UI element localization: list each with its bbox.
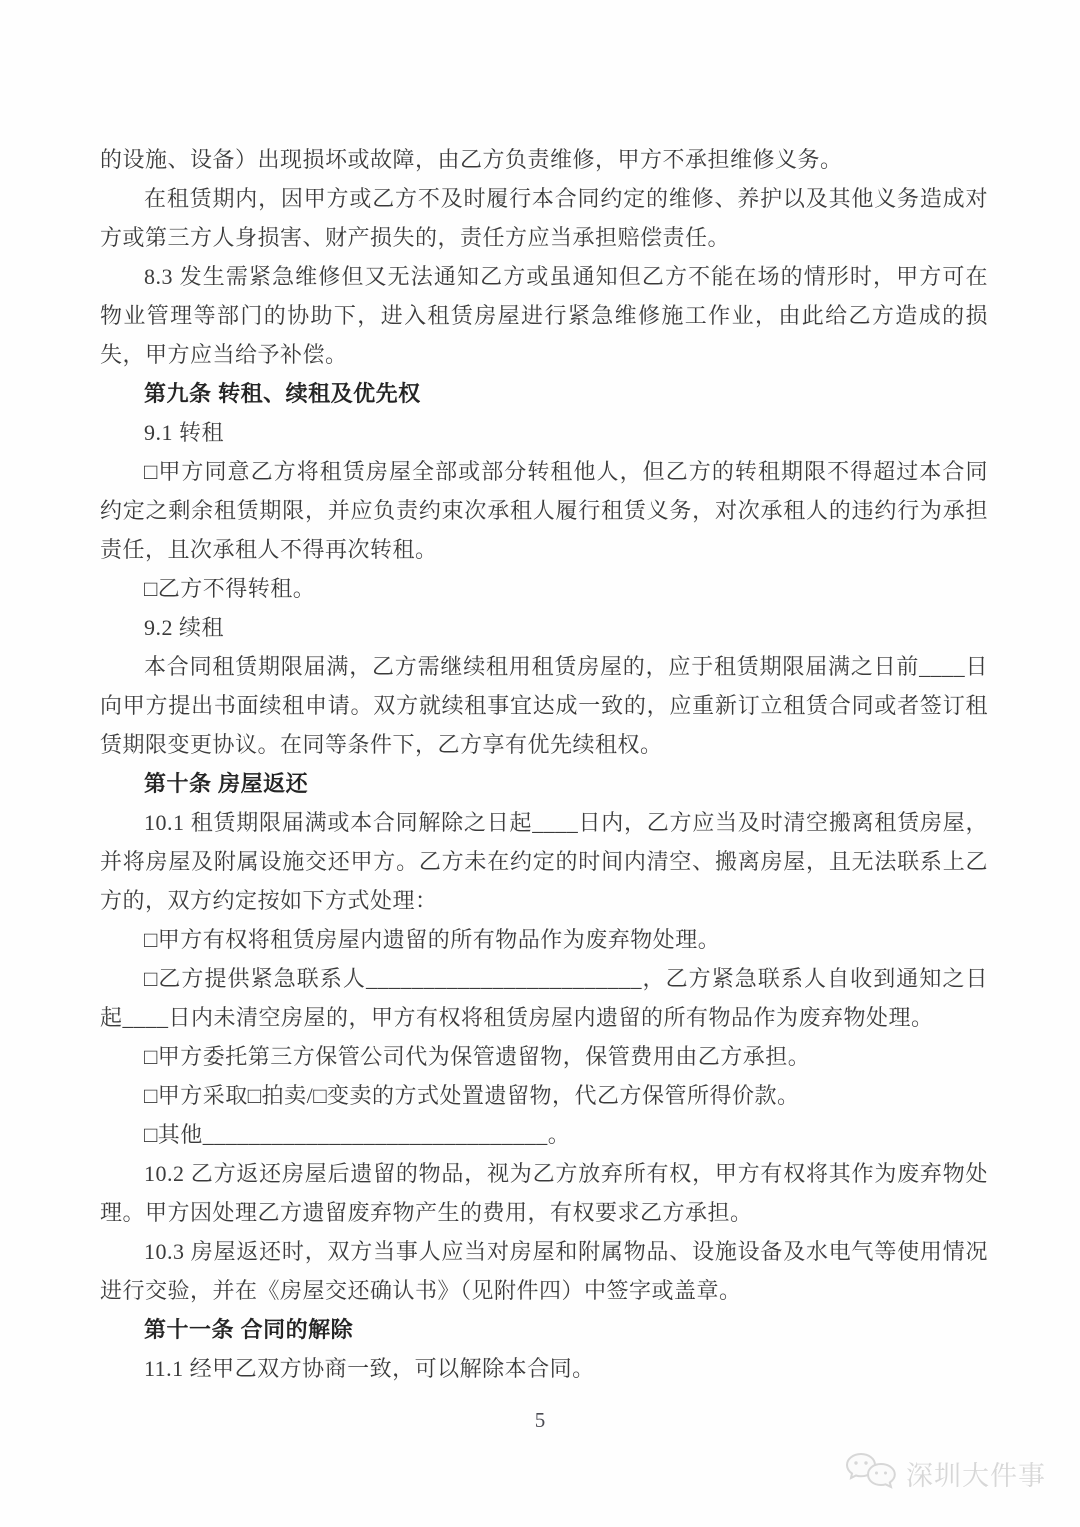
paragraph: □甲方委托第三方保管公司代为保管遗留物，保管费用由乙方承担。	[100, 1037, 988, 1076]
paragraph: □甲方采取□拍卖/□变卖的方式处置遗留物，代乙方保管所得价款。	[100, 1076, 988, 1115]
section-heading: 第十一条 合同的解除	[100, 1310, 988, 1349]
contract-page: 的设施、设备）出现损坏或故障，由乙方负责维修，甲方不承担维修义务。在租赁期内，因…	[0, 0, 1080, 1527]
paragraph: 本合同租赁期限届满，乙方需继续租用租赁房屋的，应于租赁期限届满之日前____日向…	[100, 647, 988, 764]
wechat-bubbles-icon	[845, 1452, 897, 1494]
section-heading: 第九条 转租、续租及优先权	[100, 374, 988, 413]
watermark-label: 深圳大件事	[906, 1454, 1046, 1493]
paragraph: 在租赁期内，因甲方或乙方不及时履行本合同约定的维修、养护以及其他义务造成对方或第…	[100, 179, 988, 257]
paragraph: 的设施、设备）出现损坏或故障，由乙方负责维修，甲方不承担维修义务。	[100, 140, 988, 179]
paragraph: 10.3 房屋返还时，双方当事人应当对房屋和附属物品、设施设备及水电气等使用情况…	[100, 1232, 988, 1310]
section-heading: 第十条 房屋返还	[100, 764, 988, 803]
page-number: 5	[0, 1408, 1080, 1433]
paragraph: 10.2 乙方返还房屋后遗留的物品，视为乙方放弃所有权，甲方有权将其作为废弃物处…	[100, 1154, 988, 1232]
paragraph: 8.3 发生需紧急维修但又无法通知乙方或虽通知但乙方不能在场的情形时，甲方可在物…	[100, 257, 988, 374]
paragraph: □其他______________________________。	[100, 1115, 988, 1154]
paragraph: □甲方同意乙方将租赁房屋全部或部分转租他人，但乙方的转租期限不得超过本合同约定之…	[100, 452, 988, 569]
paragraph: 10.1 租赁期限届满或本合同解除之日起____日内，乙方应当及时清空搬离租赁房…	[100, 803, 988, 920]
paragraph: □乙方提供紧急联系人________________________，乙方紧急联…	[100, 959, 988, 1037]
paragraph: 11.1 经甲乙双方协商一致，可以解除本合同。	[100, 1349, 988, 1388]
watermark: 深圳大件事	[845, 1452, 1046, 1494]
paragraph: □乙方不得转租。	[100, 569, 988, 608]
document-body: 的设施、设备）出现损坏或故障，由乙方负责维修，甲方不承担维修义务。在租赁期内，因…	[100, 140, 988, 1388]
paragraph: □甲方有权将租赁房屋内遗留的所有物品作为废弃物处理。	[100, 920, 988, 959]
paragraph: 9.2 续租	[100, 608, 988, 647]
paragraph: 9.1 转租	[100, 413, 988, 452]
